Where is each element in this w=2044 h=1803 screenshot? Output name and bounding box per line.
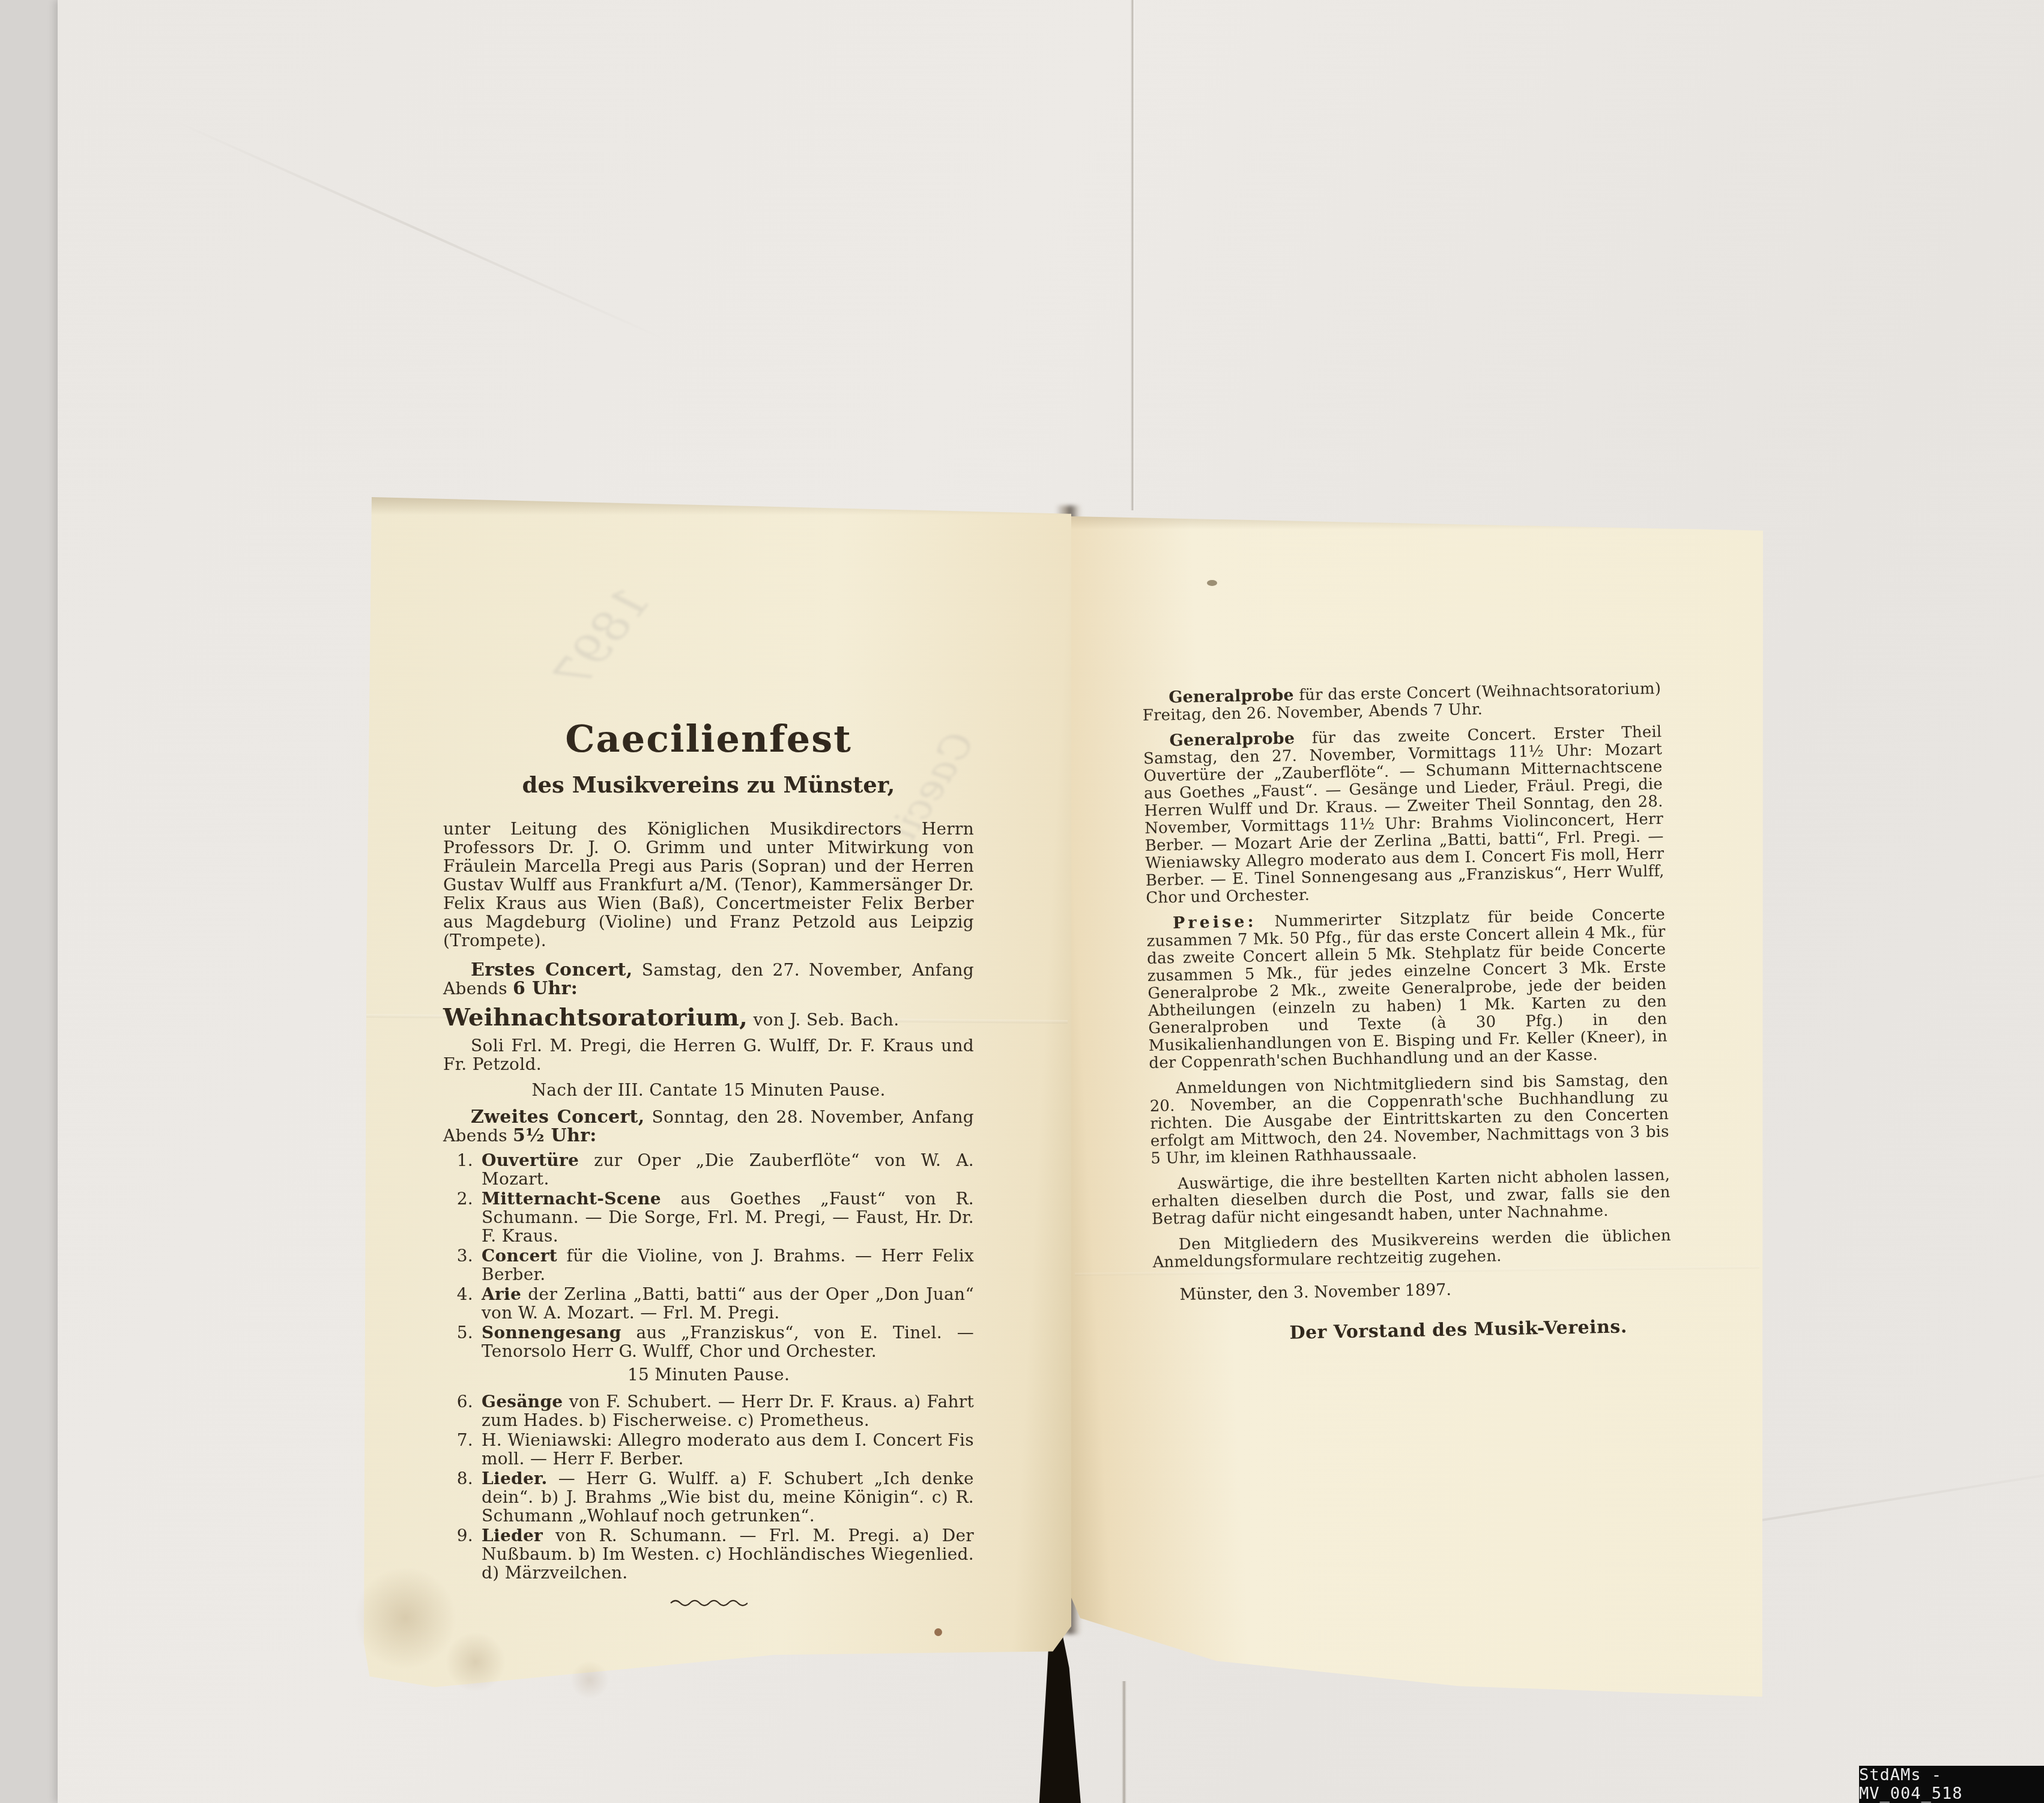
signature-line: Der Vorstand des Musik-Vereins.	[1154, 1315, 1672, 1346]
foxing-stain	[446, 1632, 506, 1692]
pencil-annotation: 1897	[545, 576, 659, 700]
mail-delivery-paragraph: Auswärtige, die ihre bestellten Karten n…	[1151, 1166, 1671, 1228]
archive-label-text: StdAMs - MV_004_518	[1859, 1766, 2044, 1803]
program-item-number: 5.	[443, 1323, 482, 1361]
registration-paragraph: Anmeldungen von Nichtmitgliedern sind bi…	[1149, 1071, 1670, 1168]
page-subtitle: des Musikvereins zu Münster,	[443, 772, 974, 798]
program-item-lead: Concert	[482, 1246, 557, 1266]
program-item-lead: Mitternacht-Scene	[482, 1189, 661, 1209]
program-item-number: 9.	[443, 1526, 482, 1582]
prices-paragraph: Preise: Nummerirter Sitzplatz für beide …	[1146, 905, 1668, 1072]
program-item: 6.Gesänge von F. Schubert. — Herr Dr. F.…	[443, 1392, 974, 1430]
program-item: 4.Arie der Zerlina „Batti, batti“ aus de…	[443, 1285, 974, 1322]
program-item: 5.Sonnengesang aus „Franziskus“, von E. …	[443, 1323, 974, 1361]
second-concert-lead: Zweites Concert,	[471, 1107, 644, 1128]
program-item: 8.Lieder. — Herr G. Wulff. a) F. Schuber…	[443, 1469, 974, 1525]
ink-speck	[1207, 580, 1217, 586]
backing-fold-crease	[171, 118, 665, 340]
paragraph-text: Auswärtige, die ihre bestellten Karten n…	[1151, 1166, 1670, 1228]
program-item-text: H. Wieniawski: Allegro moderato aus dem …	[482, 1430, 974, 1469]
page-right: Generalprobe für das erste Concert (Weih…	[1071, 512, 1763, 1705]
ink-speck	[934, 1628, 942, 1636]
program-item-text: — Herr G. Wulff. a) F. Schubert „Ich den…	[482, 1469, 974, 1526]
program-item: 9.Lieder von R. Schumann. — Frl. M. Preg…	[443, 1526, 974, 1582]
paragraph-text: für das zweite Concert. Erster Theil Sam…	[1143, 723, 1665, 907]
backing-center-crease	[1131, 0, 1135, 510]
program-item-lead: Ouvertüre	[482, 1150, 579, 1170]
right-page-text: Generalprobe für das erste Concert (Weih…	[1142, 680, 1673, 1364]
soli-line: Soli Frl. M. Pregi, die Herren G. Wulff,…	[443, 1036, 974, 1074]
program-item-number: 1.	[443, 1151, 482, 1188]
dateline: Münster, den 3. November 1897.	[1153, 1276, 1672, 1305]
page-title: Caecilienfest	[443, 717, 974, 761]
program-item-number: 7.	[443, 1431, 482, 1468]
foxing-stain	[354, 1567, 456, 1669]
intro-paragraph: unter Leitung des Königlichen Musikdirec…	[443, 820, 974, 950]
squiggle-divider	[443, 1598, 974, 1609]
oratorio-title: Weihnachtsoratorium,	[443, 1003, 748, 1031]
program-item-number: 3.	[443, 1246, 482, 1284]
second-concert-line: Zweites Concert, Sonntag, den 28. Novemb…	[443, 1108, 974, 1145]
first-concert-line: Erstes Concert, Samstag, den 27. Novembe…	[443, 961, 974, 998]
program-item: 3.Concert für die Violine, von J. Brahms…	[443, 1246, 974, 1284]
wavy-line-icon	[670, 1598, 748, 1607]
members-paragraph: Den Mitgliedern des Musikvereins werden …	[1152, 1227, 1672, 1272]
program-item-number: 8.	[443, 1469, 482, 1525]
oratorio-line: Weihnachtsoratorium, von J. Seb. Bach.	[443, 1004, 974, 1031]
paragraph-text: Anmeldungen von Nichtmitgliedern sind bi…	[1149, 1071, 1669, 1168]
left-page-text: Caecilienfest des Musikvereins zu Münste…	[443, 717, 974, 1609]
paragraph-lead: Preise:	[1173, 913, 1257, 933]
backing-bottom-crease	[1122, 1681, 1126, 1803]
rehearsal-paragraph: Generalprobe für das erste Concert (Weih…	[1142, 680, 1662, 725]
archive-label: StdAMs - MV_004_518	[1859, 1766, 2044, 1803]
oratorio-composer: von J. Seb. Bach.	[748, 1010, 899, 1030]
page-left: 1897 Caecilia Caecilienfest des Musikver…	[364, 497, 1071, 1691]
foxing-stain	[570, 1661, 609, 1699]
pause-note-2: 15 Minuten Pause.	[443, 1365, 974, 1384]
first-concert-time: 6 Uhr:	[513, 978, 578, 999]
paragraph-text: Nummerirter Sitzplatz für beide Concerte…	[1146, 905, 1668, 1072]
program-item-text: der Zerlina „Batti, batti“ aus der Oper …	[482, 1284, 974, 1323]
program-item: 2.Mitternacht-Scene aus Goethes „Faust“ …	[443, 1189, 974, 1245]
program-item-number: 4.	[443, 1285, 482, 1322]
program-item-text: von R. Schumann. — Frl. M. Pregi. a) Der…	[482, 1526, 974, 1583]
first-concert-lead: Erstes Concert,	[471, 959, 632, 980]
scanned-document: 1897 Caecilia Caecilienfest des Musikver…	[0, 0, 2044, 1803]
program-item-lead: Sonnengesang	[482, 1323, 621, 1342]
program-item-lead: Lieder.	[482, 1469, 548, 1488]
program-item: 7.H. Wieniawski: Allegro moderato aus de…	[443, 1431, 974, 1468]
program-item-lead: Arie	[482, 1284, 521, 1304]
paragraph-text: Den Mitgliedern des Musikvereins werden …	[1152, 1227, 1671, 1272]
program-item-lead: Lieder	[482, 1526, 543, 1545]
program-item-number: 2.	[443, 1189, 482, 1245]
rehearsal-paragraph: Generalprobe für das zweite Concert. Ers…	[1143, 723, 1665, 907]
program-item-number: 6.	[443, 1392, 482, 1430]
program-item-lead: Gesänge	[482, 1392, 563, 1412]
second-concert-time: 5½ Uhr:	[513, 1125, 597, 1146]
pause-note: Nach der III. Cantate 15 Minuten Pause.	[443, 1081, 974, 1099]
program-item: 1.Ouvertüre zur Oper „Die Zauberflöte“ v…	[443, 1151, 974, 1188]
